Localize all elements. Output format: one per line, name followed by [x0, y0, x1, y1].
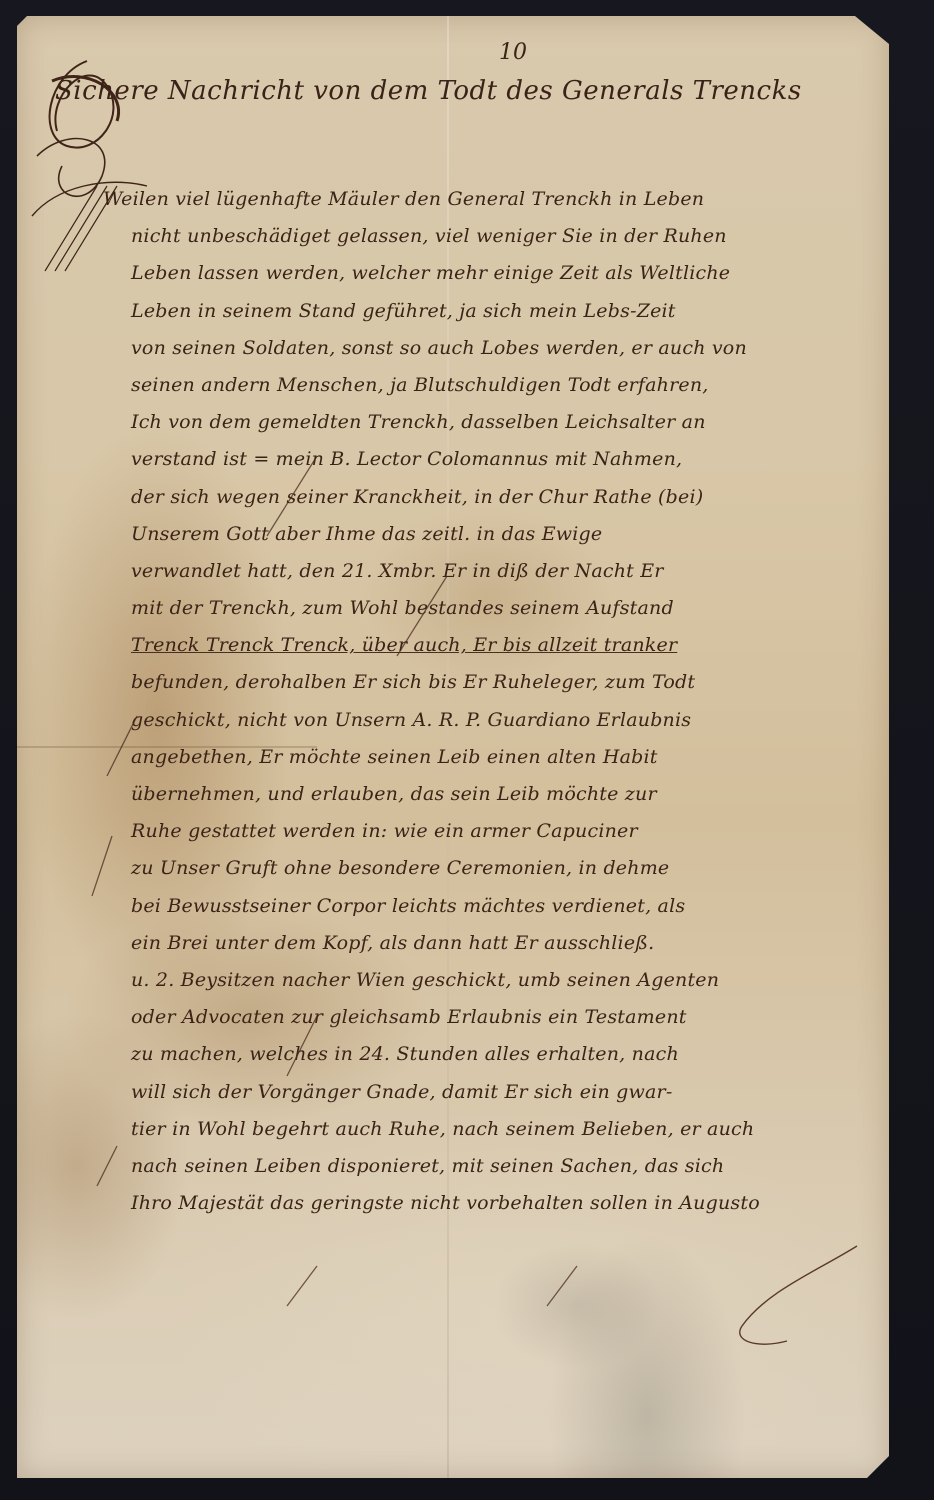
- manuscript-page: 10 Sichere Nachricht von dem Todt des Ge…: [17, 16, 889, 1478]
- closing-flourish-icon: [717, 1241, 877, 1351]
- scan-background: 10 Sichere Nachricht von dem Todt des Ge…: [0, 0, 934, 1500]
